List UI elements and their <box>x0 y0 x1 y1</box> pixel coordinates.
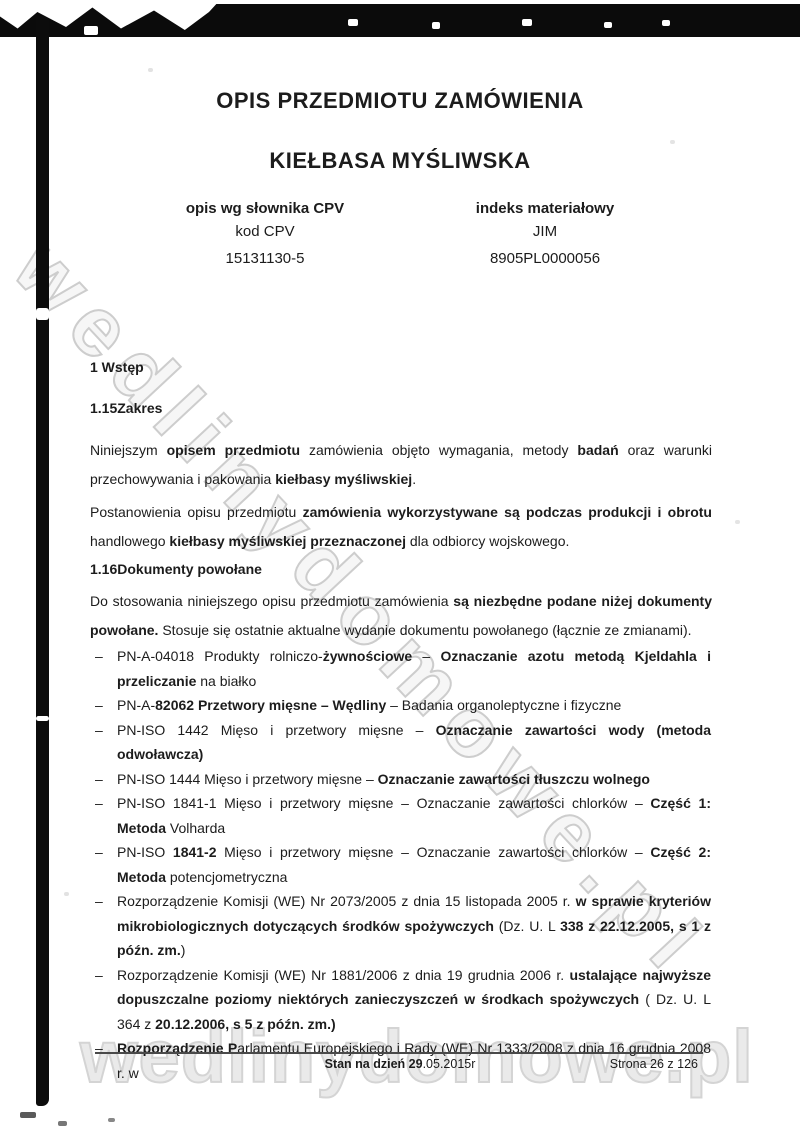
cpv-code: 15131130-5 <box>150 250 380 267</box>
scan-speck <box>58 1121 67 1126</box>
scan-stripe-notch <box>36 716 49 721</box>
jim-code: 8905PL0000056 <box>430 250 660 267</box>
list-item-text: Rozporządzenie Komisji (WE) Nr 1881/2006… <box>117 967 711 1032</box>
list-item: –PN-ISO 1444 Mięso i przetwory mięsne – … <box>95 767 711 792</box>
scan-white-dot <box>84 26 98 35</box>
referenced-documents-list: –PN-A-04018 Produkty rolniczo-żywnościow… <box>95 644 711 1085</box>
list-item-dash: – <box>95 889 103 914</box>
list-item: –Rozporządzenie Komisji (WE) Nr 2073/200… <box>95 889 711 963</box>
list-item-text: Rozporządzenie Komisji (WE) Nr 2073/2005… <box>117 893 711 958</box>
footer-page-number: Strona 26 z 126 <box>558 1057 698 1071</box>
list-item: –Rozporządzenie Komisji (WE) Nr 1881/200… <box>95 963 711 1037</box>
list-item: –PN-ISO 1841-1 Mięso i przetwory mięsne … <box>95 791 711 840</box>
scan-white-dot <box>662 20 670 26</box>
list-item-text: PN-ISO 1841-2 Mięso i przetwory mięsne –… <box>117 844 711 885</box>
scan-stripe-notch <box>36 308 49 320</box>
scan-speck <box>735 520 740 524</box>
list-item-dash: – <box>95 791 103 816</box>
scan-white-dot <box>432 22 440 29</box>
list-item-text: PN-A-82062 Przetwory mięsne – Wędliny – … <box>117 697 621 713</box>
footer-rule <box>95 1052 703 1054</box>
scan-speck <box>670 140 675 144</box>
list-item: –PN-ISO 1841-2 Mięso i przetwory mięsne … <box>95 840 711 889</box>
list-item-dash: – <box>95 644 103 669</box>
list-item-text: PN-ISO 1841-1 Mięso i przetwory mięsne –… <box>117 795 711 836</box>
list-item: –PN-A-82062 Przetwory mięsne – Wędliny –… <box>95 693 711 718</box>
paragraph-documents: Do stosowania niniejszego opisu przedmio… <box>90 587 712 644</box>
list-item: –PN-A-04018 Produkty rolniczo-żywnościow… <box>95 644 711 693</box>
scan-speck <box>148 68 153 72</box>
list-item-text: PN-ISO 1444 Mięso i przetwory mięsne – O… <box>117 771 650 787</box>
list-item-dash: – <box>95 693 103 718</box>
cpv-label: kod CPV <box>150 223 380 240</box>
paragraph-scope-1: Niniejszym opisem przedmiotu zamówienia … <box>90 436 712 493</box>
scan-white-dot <box>348 19 358 26</box>
product-title: KIEŁBASA MYŚLIWSKA <box>0 148 800 174</box>
jim-column: indeks materiałowy JIM 8905PL0000056 <box>430 200 660 267</box>
scan-left-black-stripe <box>36 16 49 1106</box>
scan-speck <box>20 1112 36 1118</box>
list-item-dash: – <box>95 718 103 743</box>
jim-label: JIM <box>430 223 660 240</box>
cpv-header: opis wg słownika CPV <box>150 200 380 217</box>
cpv-column: opis wg słownika CPV kod CPV 15131130-5 <box>150 200 380 267</box>
heading-documents: 1.16Dokumenty powołane <box>90 561 262 577</box>
scanned-document-page: wedlinydomowe.pl wedlinydomowe.pl OPIS P… <box>0 0 800 1132</box>
scan-speck <box>108 1118 115 1122</box>
heading-intro: 1 Wstęp <box>90 359 144 375</box>
list-item-dash: – <box>95 840 103 865</box>
list-item-dash: – <box>95 767 103 792</box>
jim-header: indeks materiałowy <box>430 200 660 217</box>
document-title: OPIS PRZEDMIOTU ZAMÓWIENIA <box>0 88 800 114</box>
list-item-dash: – <box>95 963 103 988</box>
heading-scope: 1.15Zakres <box>90 400 162 416</box>
scan-white-dot <box>604 22 612 28</box>
scan-white-dot <box>522 19 532 26</box>
list-item-text: PN-ISO 1442 Mięso i przetwory mięsne – O… <box>117 722 711 763</box>
list-item: –PN-ISO 1442 Mięso i przetwory mięsne – … <box>95 718 711 767</box>
scan-speck <box>64 892 69 896</box>
list-item-text: PN-A-04018 Produkty rolniczo-żywnościowe… <box>117 648 711 689</box>
paragraph-scope-2: Postanowienia opisu przedmiotu zamówieni… <box>90 498 712 555</box>
